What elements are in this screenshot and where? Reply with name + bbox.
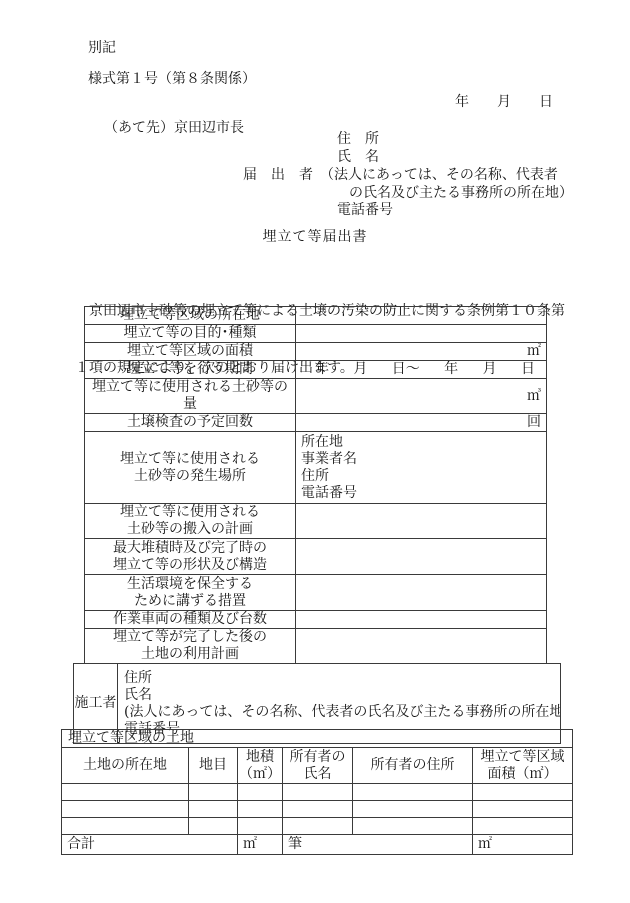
- table-row: 埋立て等区域の面積 ㎡: [85, 343, 547, 361]
- table-row: 埋立て等に使用される土砂等の量 ㎥: [85, 379, 547, 414]
- row-label-soil-tests: 土壌検査の予定回数: [85, 414, 296, 432]
- notifier-address-label: 住 所: [337, 131, 379, 148]
- table-row: 最大堆積時及び完了時の 埋立て等の形状及び構造: [85, 539, 547, 575]
- empty-cell: [62, 801, 189, 818]
- value-cell-purpose-type: [296, 325, 547, 343]
- table-row: 埋立て等に使用される 土砂等の搬入の計画: [85, 504, 547, 539]
- row-label-zone-area: 埋立て等区域の面積: [85, 343, 296, 361]
- total-label: 合計: [62, 835, 238, 855]
- table-row: 作業車両の種類及び台数: [85, 611, 547, 629]
- empty-cell: [283, 784, 353, 801]
- notifier-name-label: 氏 名: [337, 149, 379, 166]
- empty-cell: [473, 801, 573, 818]
- col-header-owner-name: 所有者の 氏名: [283, 748, 353, 784]
- period-year-to: 年: [444, 361, 458, 378]
- period-year-from: 年: [315, 361, 329, 378]
- tables-area: 埋立て等区域の所在地 埋立て等の目的･種類 埋立て等区域の面積 ㎡ 埋立て等を行…: [0, 306, 561, 744]
- value-cell-zone-area-unit: ㎡: [296, 343, 547, 361]
- document-title: 埋立て等届出書: [0, 229, 630, 246]
- form-number: 様式第１号（第８条関係）: [88, 71, 256, 88]
- row-label-shape-structure: 最大堆積時及び完了時の 埋立て等の形状及び構造: [85, 539, 296, 575]
- empty-cell: [283, 801, 353, 818]
- land-table-title: 埋立て等区域の土地: [62, 730, 573, 748]
- land-table: 埋立て等区域の土地 土地の所在地 地目 地積 （㎡） 所有者の 氏名 所有者の住…: [61, 729, 573, 855]
- empty-cell: [473, 784, 573, 801]
- value-cell-land-use-plan: [296, 629, 547, 664]
- value-cell-shape-structure: [296, 539, 547, 575]
- col-header-land-area: 地積 （㎡）: [238, 748, 283, 784]
- table-row: 土地の所在地 地目 地積 （㎡） 所有者の 氏名 所有者の住所 埋立て等区域 面…: [62, 748, 573, 784]
- table-row: [62, 801, 573, 818]
- table-row: 合計 ㎡ 筆 ㎡: [62, 835, 573, 855]
- row-label-site-location: 埋立て等区域の所在地: [85, 307, 296, 325]
- row-label-soil-origin: 埋立て等に使用される 土砂等の発生場所: [85, 432, 296, 504]
- table-row: 埋立て等の目的･種類: [85, 325, 547, 343]
- empty-cell: [473, 818, 573, 835]
- row-label-vehicles: 作業車両の種類及び台数: [85, 611, 296, 629]
- empty-cell: [353, 784, 473, 801]
- period-date-row: 年 月 日～ 年 月 日: [301, 361, 541, 378]
- row-label-environment-measures: 生活環境を保全する ために講ずる措置: [85, 575, 296, 611]
- table-row: 埋立て等区域の土地: [62, 730, 573, 748]
- col-header-land-category: 地目: [189, 748, 238, 784]
- row-label-period: 埋立て等を行う期間: [85, 361, 296, 379]
- row-label-carry-in-plan: 埋立て等に使用される 土砂等の搬入の計画: [85, 504, 296, 539]
- table-row: [62, 784, 573, 801]
- notifier-corp-line2: の氏名及び主たる事務所の所在地）: [349, 185, 573, 202]
- value-cell-period: 年 月 日～ 年 月 日: [296, 361, 547, 379]
- empty-cell: [353, 818, 473, 835]
- row-label-land-use-plan: 埋立て等が完了した後の 土地の利用計画: [85, 629, 296, 664]
- empty-cell: [238, 818, 283, 835]
- period-month-to: 月: [483, 361, 497, 378]
- table-row: 埋立て等に使用される 土砂等の発生場所 所在地 事業者名 住所 電話番号: [85, 432, 547, 504]
- empty-cell: [189, 801, 238, 818]
- value-cell-carry-in-plan: [296, 504, 547, 539]
- col-header-zone-area: 埋立て等区域 面積（㎡）: [473, 748, 573, 784]
- row-label-purpose-type: 埋立て等の目的･種類: [85, 325, 296, 343]
- table-row: 埋立て等を行う期間 年 月 日～ 年 月 日: [85, 361, 547, 379]
- total-zone-area-unit: ㎡: [473, 835, 573, 855]
- period-month-from: 月: [353, 361, 367, 378]
- total-parcel-unit: 筆: [283, 835, 473, 855]
- value-cell-soil-origin: 所在地 事業者名 住所 電話番号: [296, 432, 547, 504]
- appendix-note: 別記: [88, 40, 116, 57]
- table-row: 埋立て等が完了した後の 土地の利用計画: [85, 629, 547, 664]
- notification-table: 埋立て等区域の所在地 埋立て等の目的･種類 埋立て等区域の面積 ㎡ 埋立て等を行…: [84, 306, 547, 664]
- period-day-from-tilde: 日～: [392, 361, 420, 378]
- empty-cell: [62, 784, 189, 801]
- empty-cell: [189, 818, 238, 835]
- notifier-phone-label: 電話番号: [337, 202, 393, 219]
- value-cell-soil-tests-unit: 回: [296, 414, 547, 432]
- date-line: 年 月 日: [455, 94, 553, 111]
- empty-cell: [189, 784, 238, 801]
- total-land-area-unit: ㎡: [238, 835, 283, 855]
- value-cell-environment-measures: [296, 575, 547, 611]
- empty-cell: [238, 784, 283, 801]
- period-day-to: 日: [521, 361, 535, 378]
- col-header-owner-address: 所有者の住所: [353, 748, 473, 784]
- document-page: 別記 様式第１号（第８条関係） 年 月 日 （あて先）京田辺市長 住 所 氏 名…: [0, 0, 630, 903]
- empty-cell: [353, 801, 473, 818]
- row-label-soil-amount: 埋立て等に使用される土砂等の量: [85, 379, 296, 414]
- empty-cell: [238, 801, 283, 818]
- table-row: 土壌検査の予定回数 回: [85, 414, 547, 432]
- empty-cell: [62, 818, 189, 835]
- value-cell-vehicles: [296, 611, 547, 629]
- table-row: [62, 818, 573, 835]
- notifier-role-line: 届 出 者 （法人にあっては、その名称、代表者: [243, 167, 558, 184]
- value-cell-soil-amount-unit: ㎥: [296, 379, 547, 414]
- addressee-line: （あて先）京田辺市長: [104, 120, 244, 137]
- table-row: 生活環境を保全する ために講ずる措置: [85, 575, 547, 611]
- col-header-land-location: 土地の所在地: [62, 748, 189, 784]
- value-cell-site-location: [296, 307, 547, 325]
- table-row: 埋立て等区域の所在地: [85, 307, 547, 325]
- empty-cell: [283, 818, 353, 835]
